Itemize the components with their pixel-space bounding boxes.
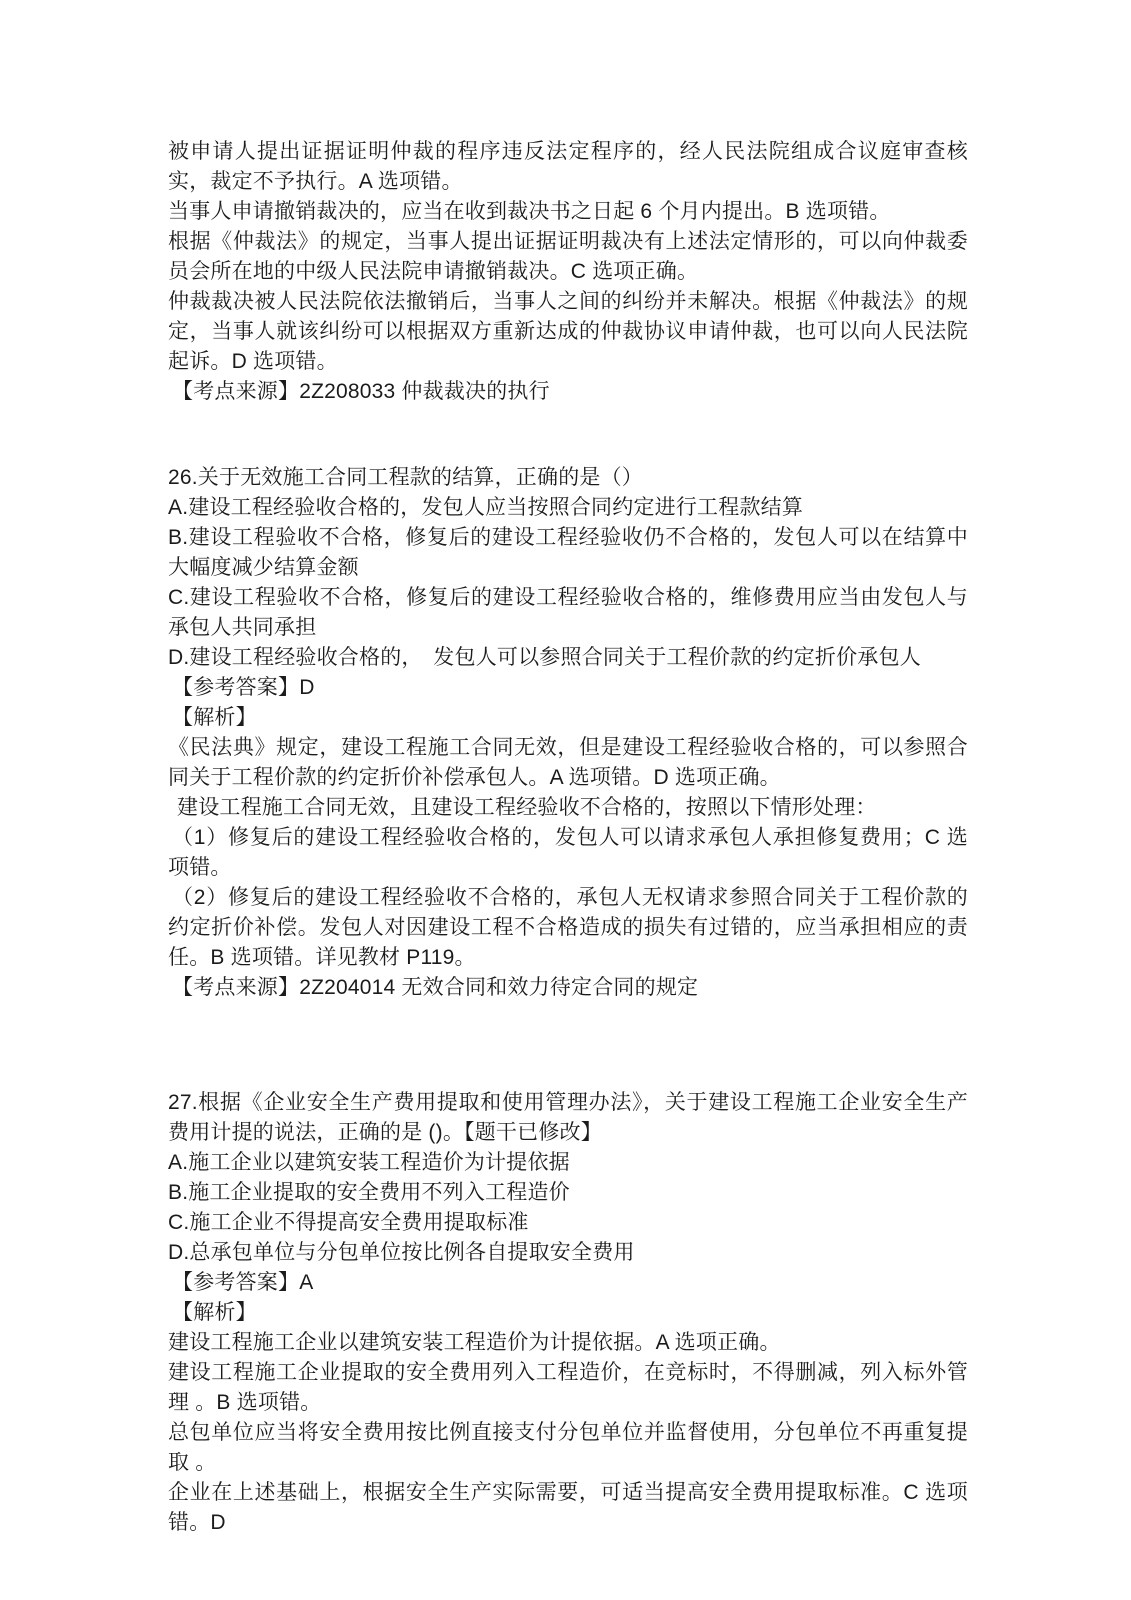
answer-line: 【参考答案】A bbox=[168, 1268, 968, 1298]
analysis-line: 企业在上述基础上，根据安全生产实际需要，可适当提高安全费用提取标准。C 选项错。… bbox=[168, 1478, 968, 1538]
source-line: 【考点来源】2Z204014 无效合同和效力待定合同的规定 bbox=[168, 973, 968, 1003]
question-26-option-a: A.建设工程经验收合格的，发包人应当按照合同约定进行工程款结算 bbox=[168, 493, 968, 523]
analysis-line: 根据《仲裁法》的规定，当事人提出证据证明裁决有上述法定情形的，可以向仲裁委员会所… bbox=[168, 227, 968, 287]
source-line: 【考点来源】2Z208033 仲裁裁决的执行 bbox=[168, 377, 968, 407]
analysis-line: 建设工程施工企业提取的安全费用列入工程造价，在竞标时，不得删减，列入标外管理 。… bbox=[168, 1358, 968, 1418]
analysis-line: 总包单位应当将安全费用按比例直接支付分包单位并监督使用，分包单位不再重复提取 。 bbox=[168, 1418, 968, 1478]
analysis-line: 建设工程施工企业以建筑安装工程造价为计提依据。A 选项正确。 bbox=[168, 1328, 968, 1358]
question-27-option-d: D.总承包单位与分包单位按比例各自提取安全费用 bbox=[168, 1238, 968, 1268]
analysis-line: 仲裁裁决被人民法院依法撤销后，当事人之间的纠纷并未解决。根据《仲裁法》的规定，当… bbox=[168, 287, 968, 377]
question-26-stem: 26.关于无效施工合同工程款的结算，正确的是（） bbox=[168, 463, 968, 493]
question-27-option-a: A.施工企业以建筑安装工程造价为计提依据 bbox=[168, 1148, 968, 1178]
question-26: 26.关于无效施工合同工程款的结算，正确的是（） A.建设工程经验收合格的，发包… bbox=[168, 463, 968, 1003]
analysis-line: 当事人申请撤销裁决的，应当在收到裁决书之日起 6 个月内提出。B 选项错。 bbox=[168, 197, 968, 227]
question-27-option-c: C.施工企业不得提高安全费用提取标准 bbox=[168, 1208, 968, 1238]
analysis-heading: 【解析】 bbox=[168, 1298, 968, 1328]
question-27: 27.根据《企业安全生产费用提取和使用管理办法》，关于建设工程施工企业安全生产费… bbox=[168, 1088, 968, 1538]
question-26-option-d: D.建设工程经验收合格的， 发包人可以参照合同关于工程价款的约定折价承包人 bbox=[168, 643, 968, 673]
question-27-stem: 27.根据《企业安全生产费用提取和使用管理办法》，关于建设工程施工企业安全生产费… bbox=[168, 1088, 968, 1148]
question-25-analysis-tail: 被申请人提出证据证明仲裁的程序违反法定程序的，经人民法院组成合议庭审查核实，裁定… bbox=[168, 137, 968, 407]
analysis-line: （1）修复后的建设工程经验收合格的，发包人可以请求承包人承担修复费用；C 选项错… bbox=[168, 823, 968, 883]
question-26-option-c: C.建设工程验收不合格，修复后的建设工程经验收合格的，维修费用应当由发包人与承包… bbox=[168, 583, 968, 643]
analysis-heading: 【解析】 bbox=[168, 703, 968, 733]
question-26-option-b: B.建设工程验收不合格，修复后的建设工程经验收仍不合格的，发包人可以在结算中大幅… bbox=[168, 523, 968, 583]
question-27-option-b: B.施工企业提取的安全费用不列入工程造价 bbox=[168, 1178, 968, 1208]
analysis-line: 建设工程施工合同无效，且建设工程经验收不合格的，按照以下情形处理： bbox=[168, 793, 968, 823]
analysis-line: 被申请人提出证据证明仲裁的程序违反法定程序的，经人民法院组成合议庭审查核实，裁定… bbox=[168, 137, 968, 197]
answer-line: 【参考答案】D bbox=[168, 673, 968, 703]
document-page: 被申请人提出证据证明仲裁的程序违反法定程序的，经人民法院组成合议庭审查核实，裁定… bbox=[0, 0, 1131, 1600]
analysis-line: （2）修复后的建设工程经验收不合格的，承包人无权请求参照合同关于工程价款的约定折… bbox=[168, 883, 968, 973]
analysis-line: 《民法典》规定，建设工程施工合同无效，但是建设工程经验收合格的，可以参照合同关于… bbox=[168, 733, 968, 793]
